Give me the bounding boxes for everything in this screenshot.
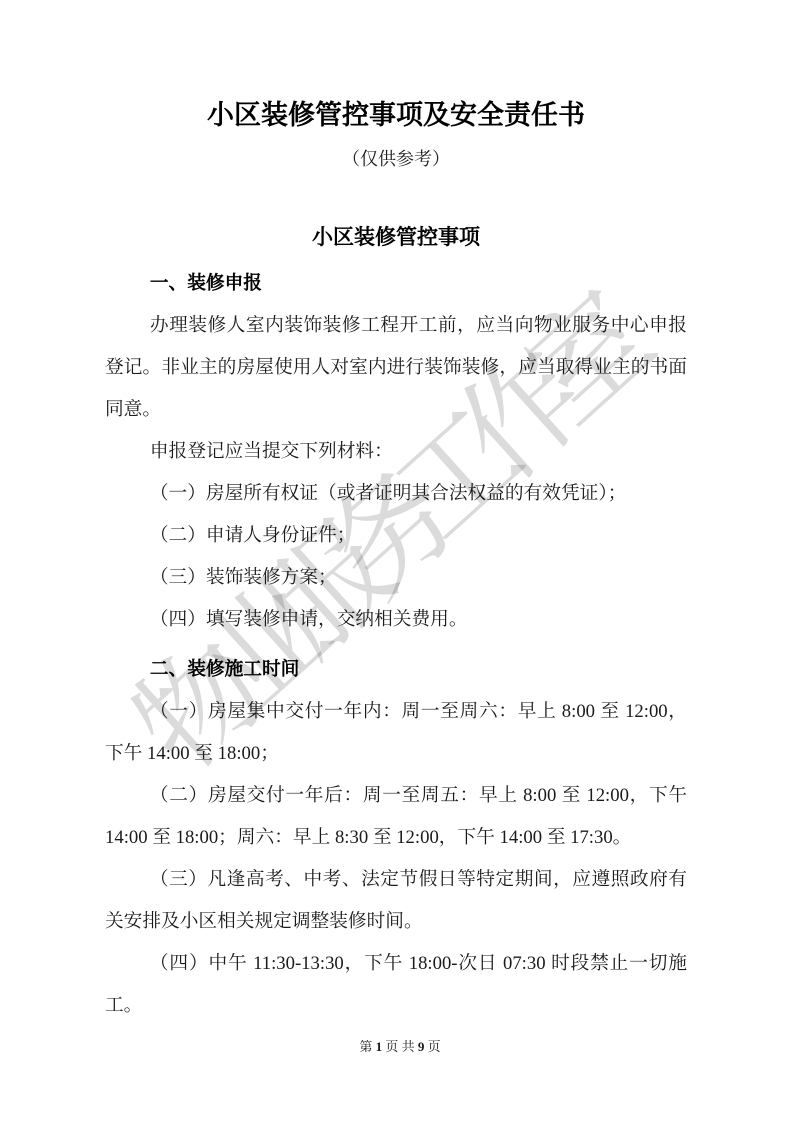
list-item: （三）装饰装修方案； xyxy=(105,557,687,599)
body-paragraph: 申报登记应当提交下列材料： xyxy=(105,431,687,473)
footer-prefix: 第 xyxy=(359,1039,375,1054)
clause-heading-construction-time: 二、装修施工时间 xyxy=(105,649,687,691)
section-title: 小区装修管控事项 xyxy=(105,219,687,255)
list-item: （四）填写装修申请，交纳相关费用。 xyxy=(105,599,687,641)
page-footer: 第 1 页 共 9 页 xyxy=(0,1038,800,1056)
list-item: （二）申请人身份证件； xyxy=(105,515,687,557)
document-content: 小区装修管控事项及安全责任书 （仅供参考） 小区装修管控事项 一、装修申报 办理… xyxy=(105,0,687,1027)
footer-middle: 页 共 xyxy=(382,1039,418,1054)
list-item: （三）凡逢高考、中考、法定节假日等特定期间，应遵照政府有关安排及小区相关规定调整… xyxy=(105,859,687,943)
list-item: （二）房屋交付一年后：周一至周五：早上 8:00 至 12:00，下午 14:0… xyxy=(105,775,687,859)
document-title: 小区装修管控事项及安全责任书 xyxy=(105,97,687,133)
list-item: （一）房屋集中交付一年内：周一至周六：早上 8:00 至 12:00，下午 14… xyxy=(105,691,687,775)
clause-heading-renovation-declaration: 一、装修申报 xyxy=(105,263,687,305)
list-item: （四）中午 11:30-13:30，下午 18:00-次日 07:30 时段禁止… xyxy=(105,943,687,1027)
document-subtitle: （仅供参考） xyxy=(105,141,687,177)
list-item: （一）房屋所有权证（或者证明其合法权益的有效凭证）； xyxy=(105,473,687,515)
footer-suffix: 页 xyxy=(424,1039,440,1054)
document-page: 物业服务工作室 小区装修管控事项及安全责任书 （仅供参考） 小区装修管控事项 一… xyxy=(0,0,800,1131)
body-paragraph: 办理装修人室内装饰装修工程开工前，应当向物业服务中心申报登记。非业主的房屋使用人… xyxy=(105,305,687,431)
